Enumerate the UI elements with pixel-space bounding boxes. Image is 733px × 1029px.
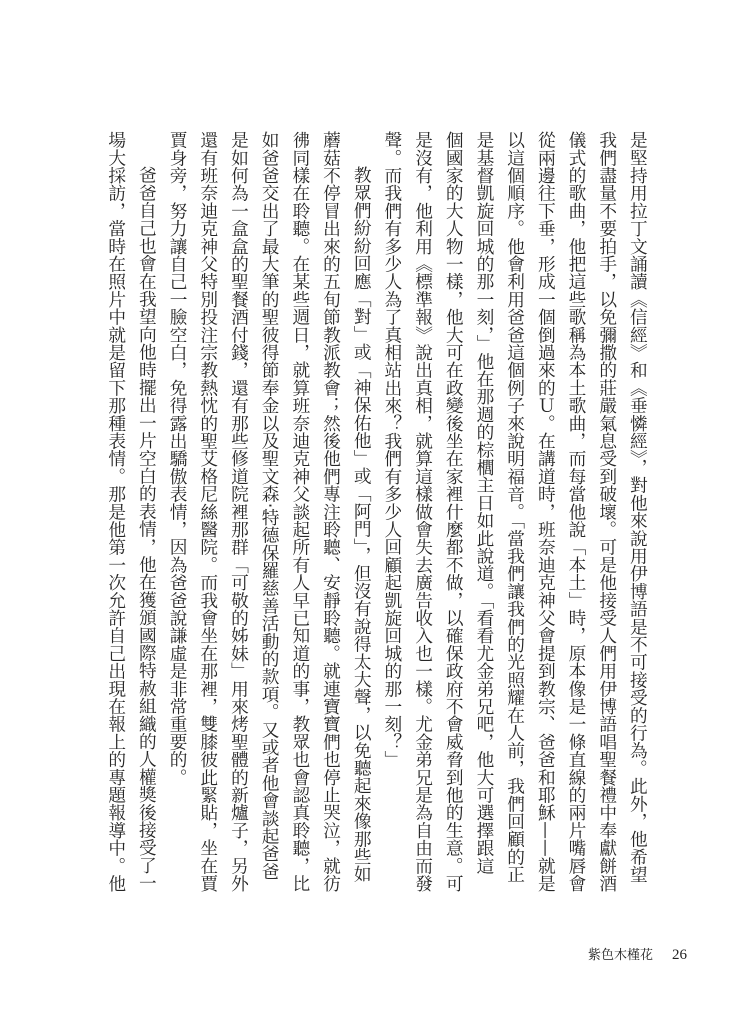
text-column: 賈身旁，努力讓自己一臉空白，免得露出驕傲表情，因為爸爸說謙虛是非常重要的。 bbox=[161, 131, 192, 906]
text-column: 蘑菇不停冒出來的五旬節教派教會；然後他們專注聆聽、安靜聆聽。就連寶寶們也停止哭泣… bbox=[315, 131, 346, 906]
text-column: 彿同樣在聆聽。在某些週日，就算班奈迪克神父談起所有人早已知道的事，教眾也會認真聆… bbox=[284, 131, 315, 906]
book-page: 是堅持用拉丁文誦讀《信經》和《垂憐經》，對他來說用伊博語是不可接受的行為。此外，… bbox=[0, 0, 733, 1029]
text-column: 還有班奈迪克神父特別投注宗教熱忱的聖艾格尼絲醫院。而我會坐在那裡，雙膝彼此緊貼，… bbox=[192, 131, 223, 906]
text-column: 是堅持用拉丁文誦讀《信經》和《垂憐經》，對他來說用伊博語是不可接受的行為。此外，… bbox=[622, 131, 653, 906]
text-column: 個國家的大人物一樣，他大可在政變後坐在家裡什麼都不做，以確保政府不會威脅到他的生… bbox=[438, 131, 469, 906]
text-column: 聲。而我們有多少人為了真相站出來？我們有多少人回顧起凱旋回城的那一刻？」 bbox=[376, 131, 407, 906]
body-text: 是堅持用拉丁文誦讀《信經》和《垂憐經》，對他來說用伊博語是不可接受的行為。此外，… bbox=[100, 131, 652, 906]
text-column-paragraph-start: 教眾們紛紛回應「對」或「神保佑他」或「阿門」，但沒有說得太大聲，以免聽起來像那些… bbox=[345, 131, 376, 906]
text-column: 是基督凱旋回城的那一刻，」他在那週的棕櫚主日如此說道。「看看尤金弟兄吧，他大可選… bbox=[468, 131, 499, 906]
text-column: 從兩邊往下垂，形成一個倒過來的Ｕ。在講道時，班奈迪克神父會提到教宗、爸爸和耶穌—… bbox=[530, 131, 561, 906]
text-column: 是沒有，他利用《標準報》說出真相，就算這樣做會失去廣告收入也一樣。尤金弟兄是為自… bbox=[407, 131, 438, 906]
text-column: 如爸爸交出了最大筆的聖彼得節奉金以及聖文森‧特德保羅慈善活動的款項。又或者他會談… bbox=[253, 131, 284, 906]
running-footer-book-title: 紫色木槿花 bbox=[588, 948, 653, 964]
text-column: 我們盡量不要拍手，以免彌撒的莊嚴氣息受到破壞。可是他接受人們用伊博語唱聖餐禮中奉… bbox=[591, 131, 622, 906]
text-column: 以這個順序。他會利用爸爸這個例子來說明福音。「當我們讓我們的光照耀在人前，我們回… bbox=[499, 131, 530, 906]
text-column: 場大採訪，當時在照片中就是留下那種表情。那是他第一次允許自己出現在報上的專題報導… bbox=[100, 131, 131, 906]
text-column: 儀式的歌曲，他把這些歌稱為本土歌曲，而每當他說「本土」時，原本像是一條直線的兩片… bbox=[560, 131, 591, 906]
text-column-paragraph-start: 爸爸自己也會在我望向他時擺出一片空白的表情，他在獲頒國際特赦組織的人權獎後接受了… bbox=[131, 131, 162, 906]
text-column: 是如何為一盒盒的聖餐酒付錢，還有那些修道院裡那群「可敬的姊妹」用來烤聖體的新爐子… bbox=[223, 131, 254, 906]
page-number: 26 bbox=[672, 947, 687, 964]
